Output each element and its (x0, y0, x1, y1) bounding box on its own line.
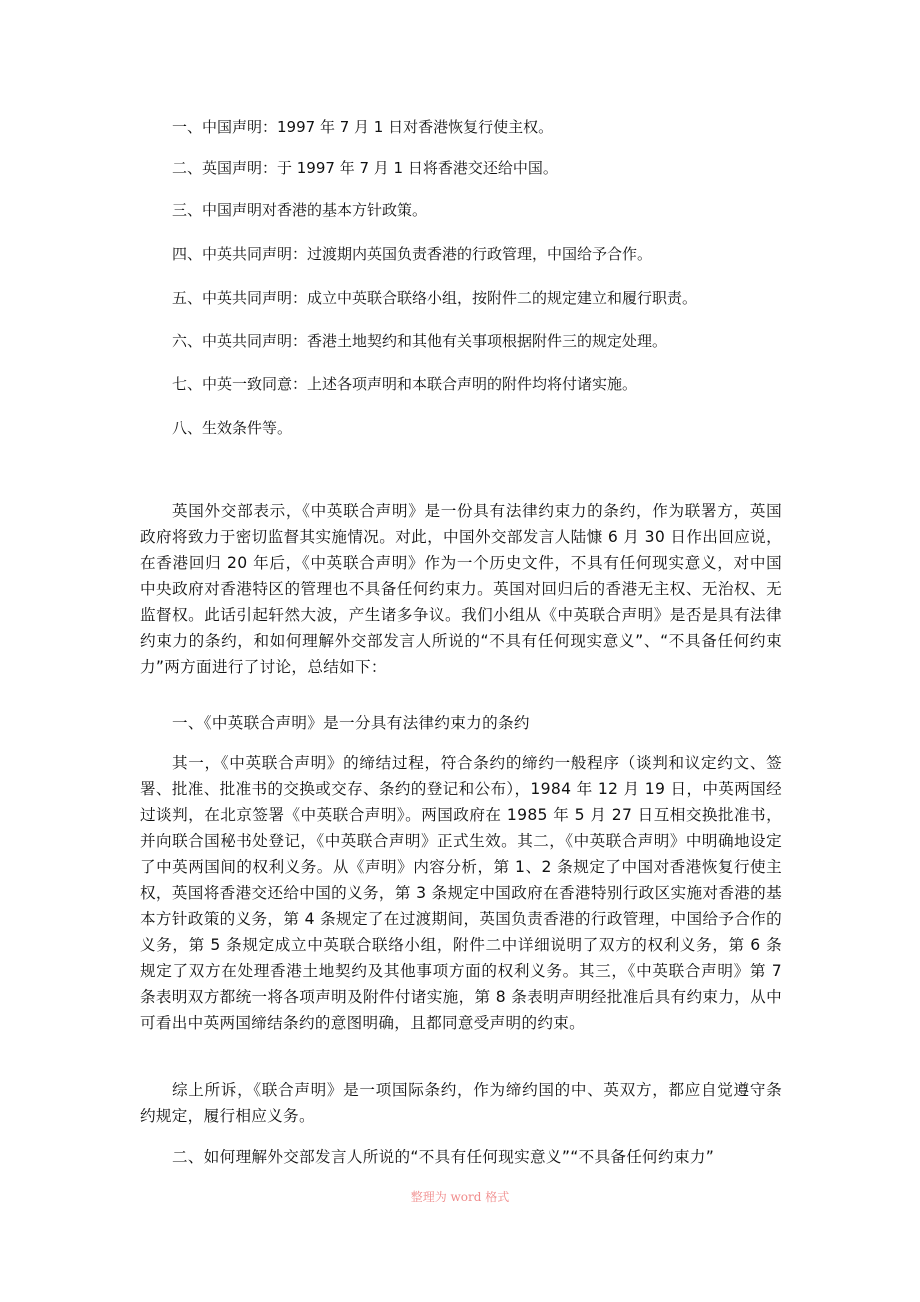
summary-list-item-6: 六、中英共同声明：香港土地契约和其他有关事项根据附件三的规定处理。 (172, 331, 667, 351)
summary-list-item-8: 八、生效条件等。 (172, 418, 292, 438)
summary-list-item-7: 七、中英一致同意：上述各项声明和本联合声明的附件均将付诸实施。 (172, 374, 637, 394)
summary-list-item-3: 三、中国声明对香港的基本方针政策。 (172, 200, 427, 220)
summary-list-item-1: 一、中国声明：1997 年 7 月 1 日对香港恢复行使主权。 (172, 117, 553, 137)
footer-watermark: 整理为 word 格式 (0, 1189, 920, 1205)
summary-list-item-4: 四、中英共同声明：过渡期内英国负责香港的行政管理，中国给予合作。 (172, 244, 652, 264)
conclusion-paragraph: 综上所诉，《联合声明》是一项国际条约，作为缔约国的中、英双方，都应自觉遵守条约规… (140, 1077, 782, 1129)
summary-list-item-5: 五、中英共同声明：成立中英联合联络小组，按附件二的规定建立和履行职责。 (172, 288, 697, 308)
intro-paragraph: 英国外交部表示，《中英联合声明》是一份具有法律约束力的条约，作为联署方，英国政府… (140, 498, 782, 680)
section-2-heading: 二、如何理解外交部发言人所说的“不具有任何现实意义”“不具备任何约束力” (172, 1146, 714, 1168)
summary-list-item-2: 二、英国声明：于 1997 年 7 月 1 日将香港交还给中国。 (172, 158, 558, 178)
section-1-heading: 一、《中英联合声明》是一分具有法律约束力的条约 (172, 712, 530, 734)
section-1-paragraph: 其一，《中英联合声明》的缔结过程，符合条约的缔约一般程序（谈判和议定约文、签署、… (140, 750, 782, 1036)
